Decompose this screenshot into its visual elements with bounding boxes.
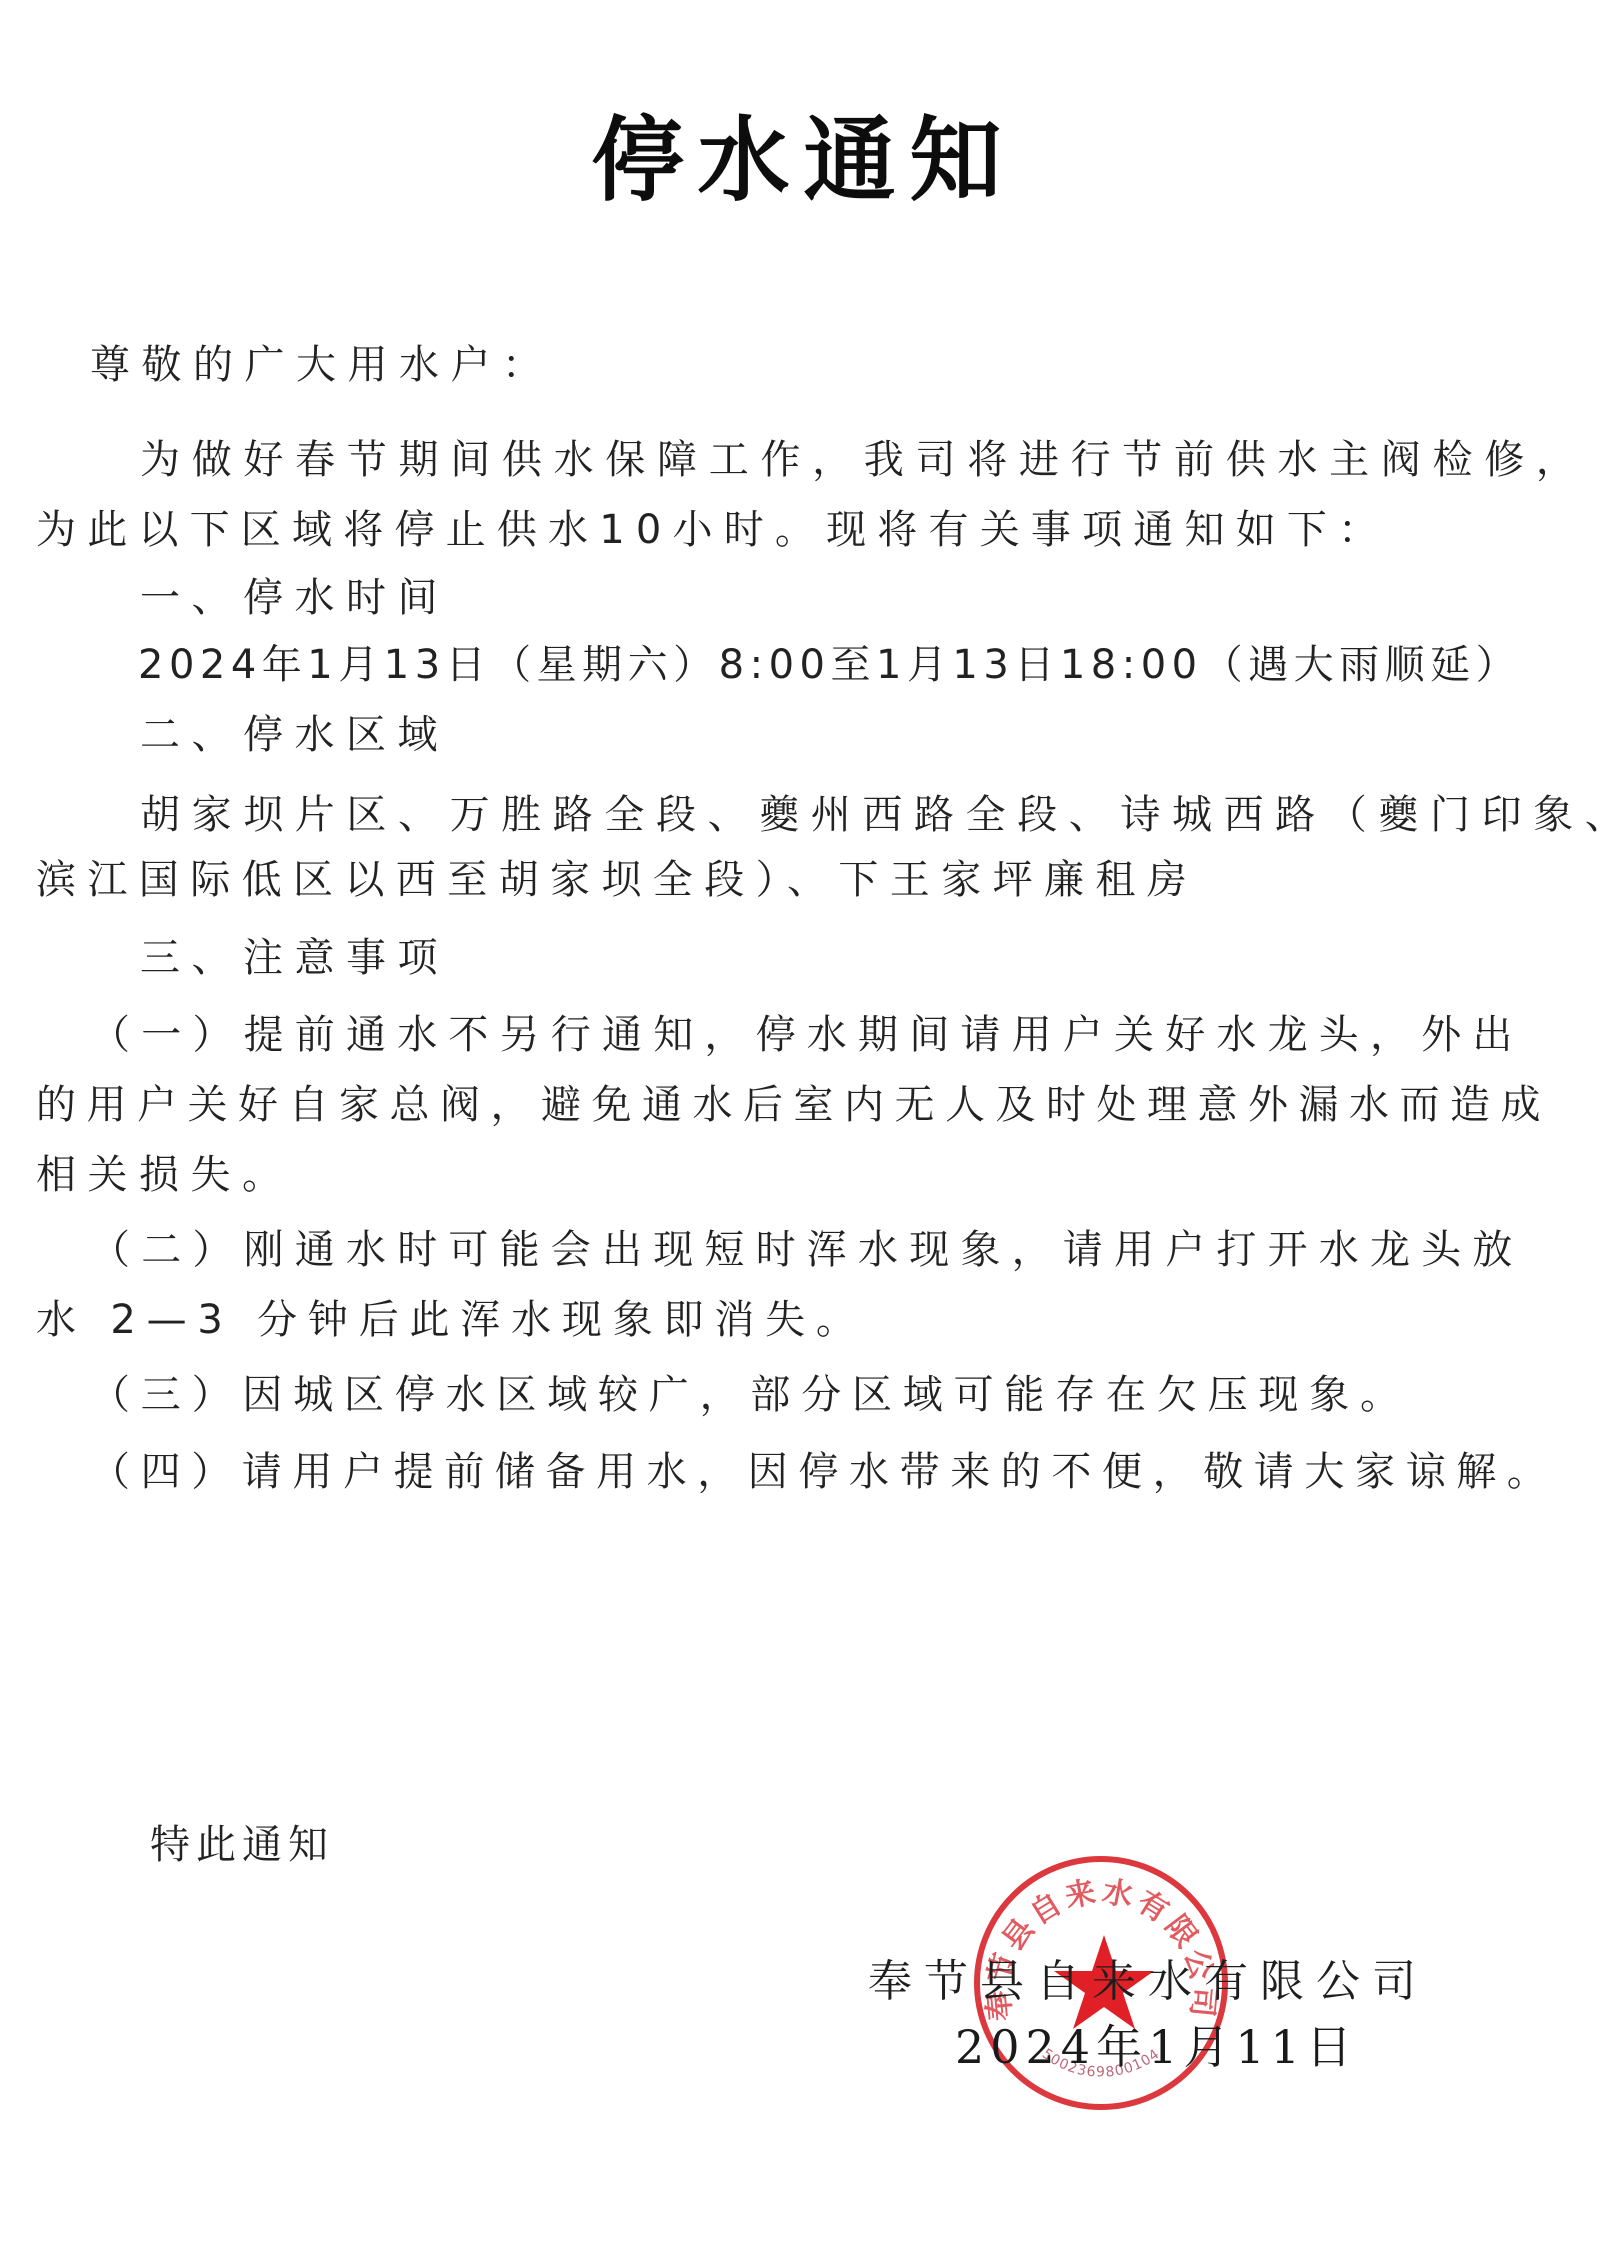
outage-area-line-2: 滨江国际低区以西至胡家坝全段）、下王家坪廉租房 (36, 855, 1198, 905)
note-1-line-2: 的用户关好自家总阀，避免通水后室内无人及时处理意外漏水而造成 (36, 1080, 1551, 1130)
signature-date: 2024年1月11日 (955, 2020, 1358, 2074)
outage-area-line-1: 胡家坝片区、万胜路全段、夔州西路全段、诗城西路（夔门印象、 (140, 790, 1607, 840)
notice-title: 停水通知 (0, 105, 1607, 215)
section-heading-time: 一、停水时间 (140, 573, 449, 623)
salutation: 尊敬的广大用水户： (90, 340, 554, 390)
note-4: （四）请用户提前储备用水，因停水带来的不便，敬请大家谅解。 (90, 1447, 1557, 1497)
note-1-line-3: 相关损失。 (36, 1150, 294, 1200)
note-3: （三）因城区停水区域较广，部分区域可能存在欠压现象。 (90, 1370, 1411, 1420)
section-heading-area: 二、停水区域 (140, 710, 449, 760)
note-2-line-1: （二）刚通水时可能会出现短时浑水现象，请用户打开水龙头放 (90, 1225, 1524, 1275)
note-1-line-1: （一）提前通水不另行通知，停水期间请用户关好水龙头，外出 (90, 1010, 1524, 1060)
intro-line-2: 为此以下区域将停止供水10小时。现将有关事项通知如下： (36, 505, 1389, 555)
signature-company: 奉节县自来水有限公司 (868, 1955, 1428, 2009)
note-2-line-2: 水 2—3 分钟后此浑水现象即消失。 (36, 1295, 867, 1345)
section-heading-notes: 三、注意事项 (140, 933, 449, 983)
closing-remark: 特此通知 (150, 1820, 334, 1870)
outage-time: 2024年1月13日（星期六）8:00至1月13日18:00（遇大雨顺延） (138, 640, 1521, 690)
notice-page: 停水通知 尊敬的广大用水户： 为做好春节期间供水保障工作，我司将进行节前供水主阀… (0, 0, 1607, 2249)
intro-line-1: 为做好春节期间供水保障工作，我司将进行节前供水主阀检修， (140, 435, 1588, 485)
